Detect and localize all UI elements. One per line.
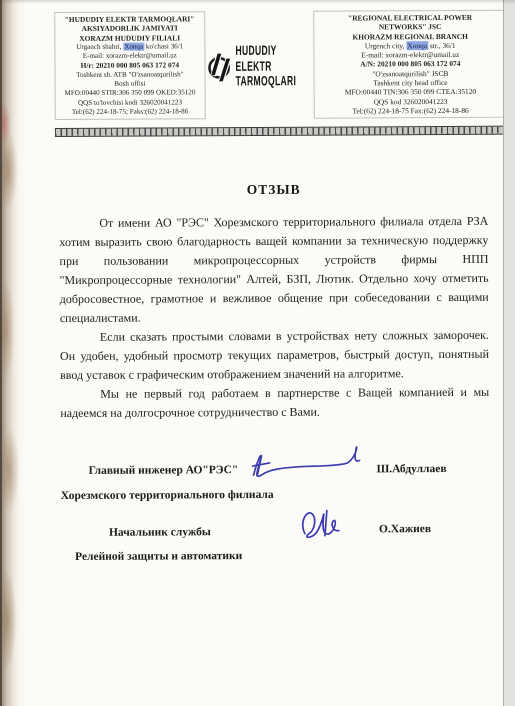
signature1-handwriting [245,440,365,487]
signature-block: Главный инженер АО"РЭС" Ш.Абдуллаев Хоре… [60,441,490,583]
letterhead-uzbek-block: "HUDUDIY ELEKTR TARMOQLARI" AKSIYADORLIK… [54,11,205,120]
paragraph: Если сказать простыми словами в устройст… [60,326,489,385]
signature2-handwriting [296,504,348,546]
signer2-name: О.Хажиев [379,523,431,535]
paragraph: От имени АО "РЭС" Хорезмского территориа… [59,212,489,328]
address-uz: Urganch shahri, Xonqa ko'chasi 36/1 [56,42,203,52]
bank-uz: Toshkent sh. ATB "O'zsanoatqurilish" [57,70,204,80]
phones-uz: Tel:(62) 224-18-75; Faks:(62) 224-18-86 [57,107,204,117]
letterhead: "HUDUDIY ELEKTR TARMOQLARI" AKSIYADORLIK… [54,10,508,121]
signer2-role: Начальник службы [109,527,211,540]
letterhead-english-block: "REGIONAL ELECTRICAL POWER NETWORKS" JSC… [313,10,508,119]
letter-body: ОТЗЫВ От имени АО "РЭС" Хорезмского терр… [59,181,490,583]
highlighted-field: Xonqa [123,42,144,50]
codes-uz: MFO:00440 STIR:306 350 099 OKED:35120 [57,89,204,99]
signer1-name: Ш.Абдуллаев [377,463,447,475]
phones-en: Tel:(62) 224-18-75 Fax:(62) 224-18-86 [315,106,505,116]
logo-wordmark: HUDUDIY ELEKTR TARMOQLARI [235,44,296,90]
document-title: ОТЗЫВ [59,181,488,199]
org-name-uz: "HUDUDIY ELEKTR TARMOQLARI" [56,14,203,24]
paragraph: Мы не первый год работаем в партнерстве … [60,383,489,423]
signer1-role-line2: Хорезмского территориального филиала [61,489,274,502]
scanned-letter-page: "HUDUDIY ELEKTR TARMOQLARI" AKSIYADORLIK… [0,0,515,706]
logo-emblem-icon [205,36,234,98]
decorative-border [55,126,510,137]
company-logo: HUDUDIY ELEKTR TARMOQLARI [205,11,314,120]
signer2-role-line2: Релейной защиты и автоматики [75,550,242,563]
highlighted-field: Xonqa [406,41,428,50]
signer1-role: Главный инженер АО"РЭС" [89,464,239,477]
